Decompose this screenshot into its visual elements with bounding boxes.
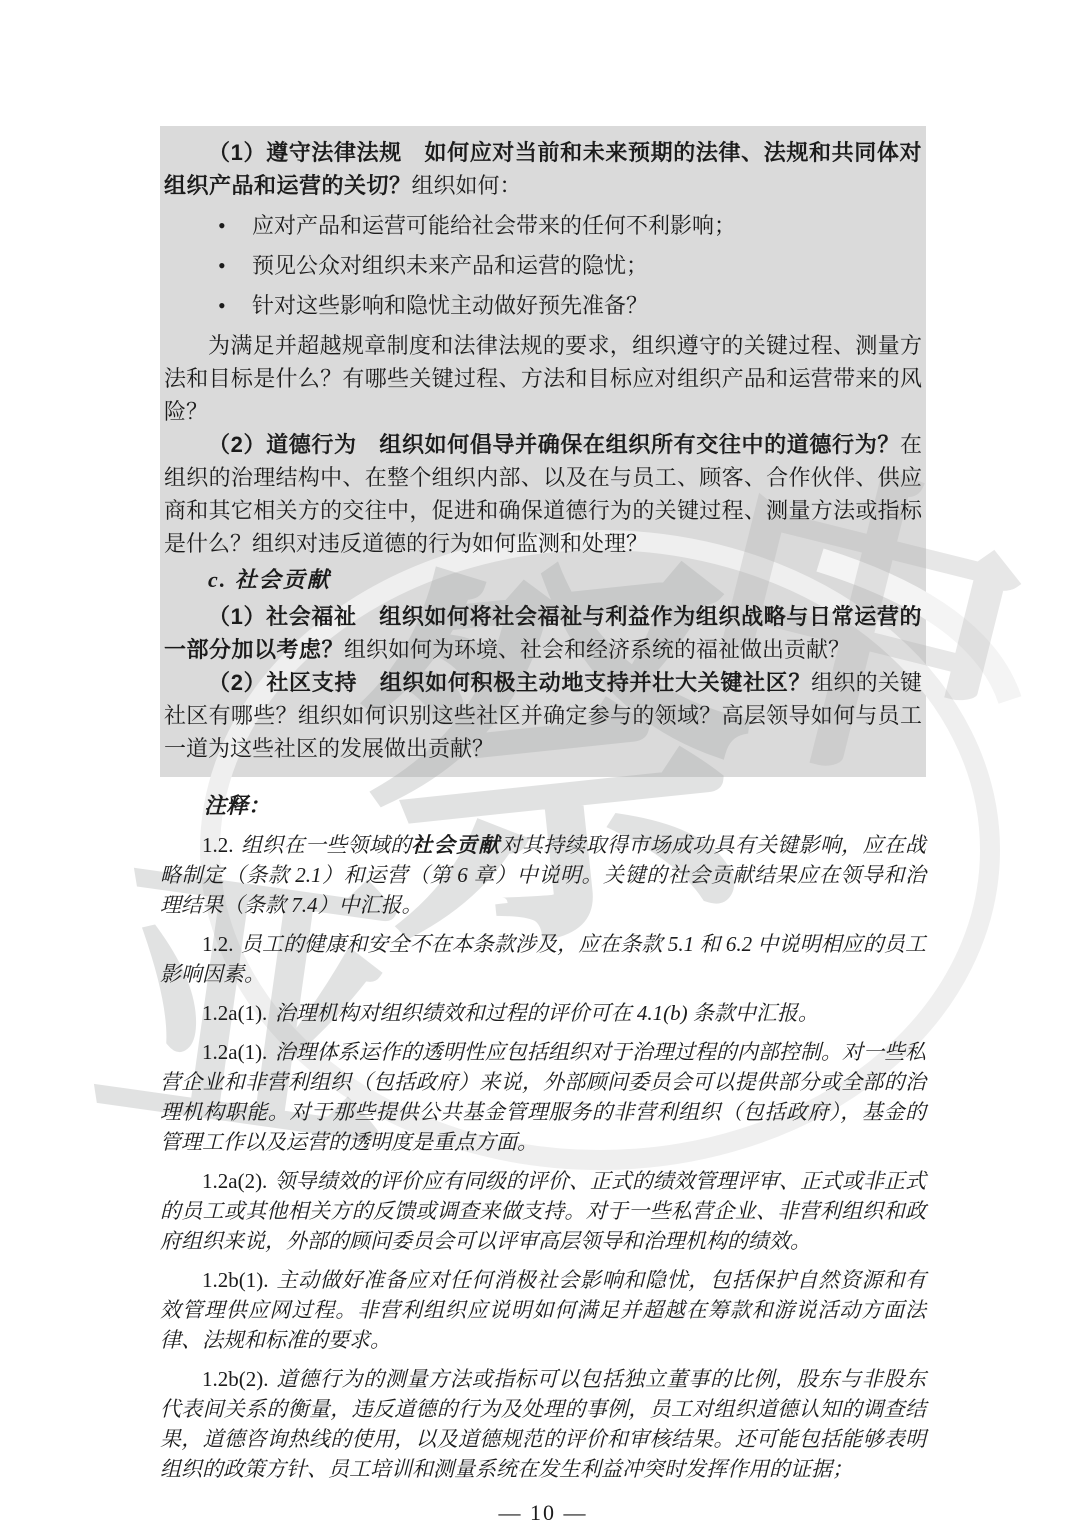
bullet-text: 预见公众对组织未来产品和运营的隐忧； xyxy=(252,253,648,278)
bullet-text: 应对产品和运营可能给社会带来的任何不利影响； xyxy=(252,213,736,238)
note-item: 1.2.员工的健康和安全不在本条款涉及，应在条款 5.1 和 6.2 中说明相应… xyxy=(160,929,926,989)
note-number: 1.2. xyxy=(202,833,234,857)
note-number: 1.2. xyxy=(202,932,234,956)
bullet-list: •应对产品和运营可能给社会带来的任何不利影响； •预见公众对组织未来产品和运营的… xyxy=(164,209,922,322)
paragraph-bold-lead: （2）社区支持 组织如何积极主动地支持并壮大关键社区？ xyxy=(208,670,811,695)
paragraph-community-support: （2）社区支持 组织如何积极主动地支持并壮大关键社区？组织的关键社区有哪些？组织… xyxy=(164,666,922,765)
bullet-item: •预见公众对组织未来产品和运营的隐忧； xyxy=(164,249,922,282)
notes-section: 注释： 1.2.组织在一些领域的社会贡献对其持续取得市场成功具有关键影响，应在战… xyxy=(160,791,926,1484)
bullet-dot-icon: • xyxy=(218,249,226,282)
page-number: — 10 — xyxy=(160,1500,926,1526)
subsection-heading-social-contribution: c. 社会贡献 xyxy=(164,563,922,597)
criteria-block: （1）遵守法律法规 如何应对当前和未来预期的法律、法规和共同体对组织产品和运营的… xyxy=(160,126,926,777)
note-number: 1.2a(1). xyxy=(202,1001,267,1025)
bullet-dot-icon: • xyxy=(218,289,226,322)
paragraph-ethical-behavior: （2）道德行为 组织如何倡导并确保在组织所有交往中的道德行为？在组织的治理结构中… xyxy=(164,428,922,560)
note-bold-term: 社会贡献 xyxy=(411,833,500,857)
bullet-item: •针对这些影响和隐忧主动做好预先准备？ xyxy=(164,289,922,322)
note-text: 组织在一些领域的 xyxy=(241,833,412,857)
note-text: 员工的健康和安全不在本条款涉及，应在条款 5.1 和 6.2 中说明相应的员工影… xyxy=(160,932,926,986)
note-item: 1.2a(1).治理机构对组织绩效和过程的评价可在 4.1(b) 条款中汇报。 xyxy=(160,998,926,1028)
note-number: 1.2b(1). xyxy=(202,1268,269,1292)
bullet-text: 针对这些影响和隐忧主动做好预先准备？ xyxy=(252,293,648,318)
note-text: 治理机构对组织绩效和过程的评价可在 4.1(b) 条款中汇报。 xyxy=(275,1001,819,1025)
page-content: （1）遵守法律法规 如何应对当前和未来预期的法律、法规和共同体对组织产品和运营的… xyxy=(160,126,926,1526)
note-item: 1.2a(1).治理体系运作的透明性应包括组织对于治理过程的内部控制。对一些私营… xyxy=(160,1037,926,1157)
note-item: 1.2.组织在一些领域的社会贡献对其持续取得市场成功具有关键影响，应在战略制定（… xyxy=(160,830,926,920)
note-number: 1.2b(2). xyxy=(202,1367,269,1391)
paragraph-compliance-question: 为满足并超越规章制度和法律法规的要求，组织遵守的关键过程、测量方法和目标是什么？… xyxy=(164,329,922,428)
note-item: 1.2b(2).道德行为的测量方法或指标可以包括独立董事的比例，股东与非股东代表… xyxy=(160,1364,926,1484)
paragraph-legal-compliance: （1）遵守法律法规 如何应对当前和未来预期的法律、法规和共同体对组织产品和运营的… xyxy=(164,136,922,202)
paragraph-bold-lead: （2）道德行为 组织如何倡导并确保在组织所有交往中的道德行为？ xyxy=(208,432,900,457)
paragraph-bold-lead: （1）遵守法律法规 如何应对当前和未来预期的法律、法规和共同体对组织产品和运营的… xyxy=(164,140,922,198)
paragraph-text: 组织如何为环境、社会和经济系统的福祉做出贡献？ xyxy=(344,637,850,662)
note-text: 领导绩效的评价应有同级的评价、正式的绩效管理评审、正式或非正式的员工或其他相关方… xyxy=(160,1169,926,1253)
note-number: 1.2a(1). xyxy=(202,1040,267,1064)
note-item: 1.2a(2).领导绩效的评价应有同级的评价、正式的绩效管理评审、正式或非正式的… xyxy=(160,1166,926,1256)
document-page: （1）遵守法律法规 如何应对当前和未来预期的法律、法规和共同体对组织产品和运营的… xyxy=(0,0,1080,1528)
paragraph-social-wellbeing: （1）社会福祉 组织如何将社会福祉与利益作为组织战略与日常运营的一部分加以考虑？… xyxy=(164,600,922,666)
bullet-item: •应对产品和运营可能给社会带来的任何不利影响； xyxy=(164,209,922,242)
note-item: 1.2b(1).主动做好准备应对任何消极社会影响和隐忧，包括保护自然资源和有效管… xyxy=(160,1265,926,1355)
notes-heading: 注释： xyxy=(160,791,926,821)
paragraph-text: 为满足并超越规章制度和法律法规的要求，组织遵守的关键过程、测量方法和目标是什么？… xyxy=(164,333,922,424)
paragraph-text: 组织如何： xyxy=(412,173,522,198)
note-number: 1.2a(2). xyxy=(202,1169,267,1193)
note-text: 道德行为的测量方法或指标可以包括独立董事的比例，股东与非股东代表间关系的衡量，违… xyxy=(160,1367,926,1481)
bullet-dot-icon: • xyxy=(218,209,226,242)
